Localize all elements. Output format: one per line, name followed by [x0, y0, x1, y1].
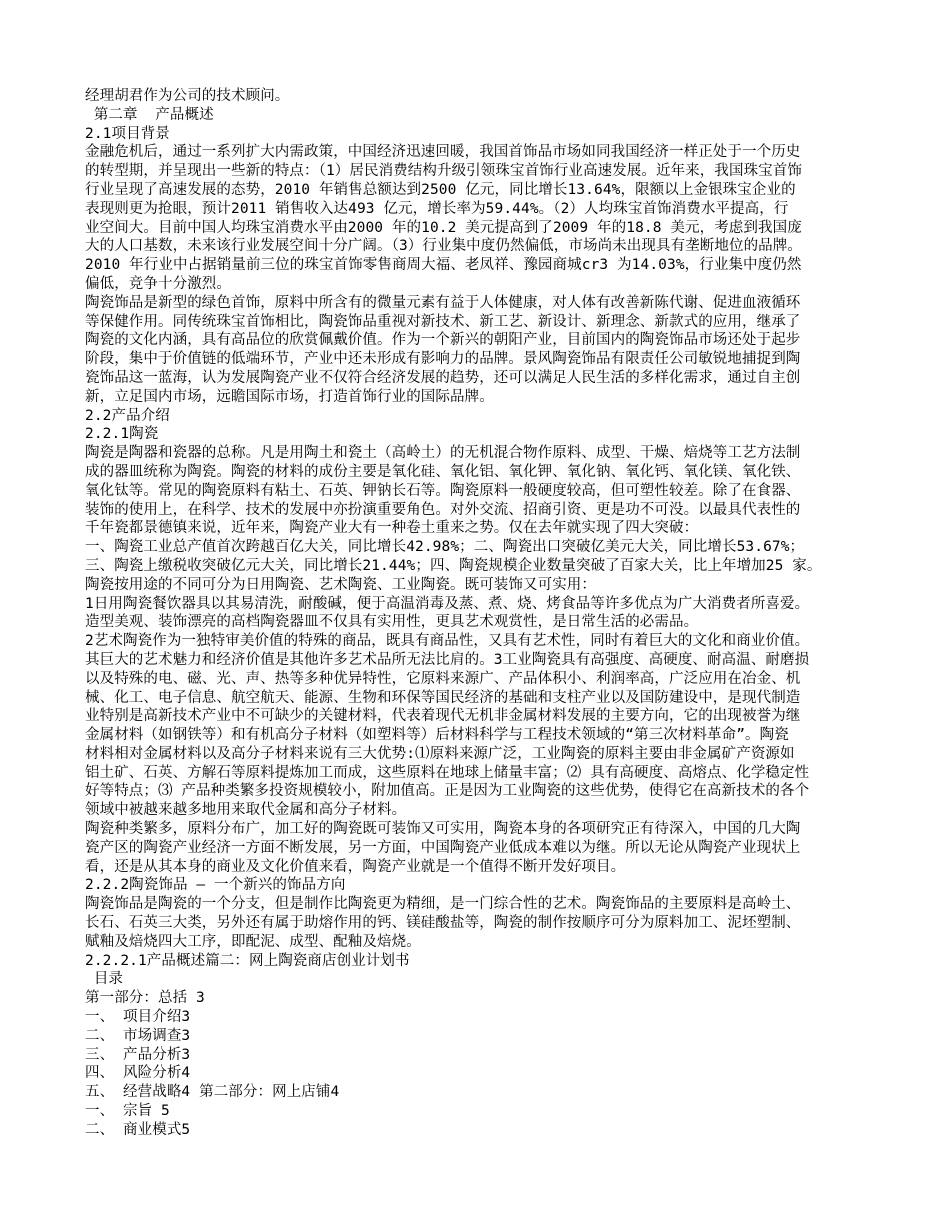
text-line: 陶瓷按用途的不同可分为日用陶瓷、艺术陶瓷、工业陶瓷。既可装饰又可实用：: [85, 576, 885, 595]
text-line: 四、 风险分析4: [85, 1064, 885, 1083]
text-line: 目录: [85, 970, 885, 989]
text-line: 经理胡君作为公司的技术顾问。: [85, 87, 885, 106]
text-line: 一、陶瓷工业总产值首次跨越百亿大关，同比增长42.98%；二、陶瓷出口突破亿美元…: [85, 538, 885, 557]
text-line: 的转型期，并呈现出一些新的特点：（1）居民消费结构升级引领珠宝首饰行业高速发展。…: [85, 162, 885, 181]
text-line: 以及特殊的电、磁、光、声、热等多种优异特性，它原料来源广、产品体积小、利润率高，…: [85, 670, 885, 689]
text-line: 阶段，集中于价值链的低端环节，产业中还未形成有影响力的品牌。景风陶瓷饰品有限责任…: [85, 350, 885, 369]
text-line: 偏低，竞争十分激烈。: [85, 275, 885, 294]
text-line: 2.2.2.1产品概述篇二：网上陶瓷商店创业计划书: [85, 952, 885, 971]
text-line: 二、 商业模式5: [85, 1121, 885, 1140]
text-line: 装饰的使用上，在科学、技术的发展中亦扮演重要角色。对外交流、招商引资、更是功不可…: [85, 501, 885, 520]
text-line: 成的器皿统称为陶瓷。陶瓷的材料的成份主要是氧化硅、氧化铝、氧化钾、氧化钠、氧化钙…: [85, 463, 885, 482]
text-line: 2.2产品介绍: [85, 407, 885, 426]
text-line: 业特别是高新技术产业中不可缺少的关键材料，代表着现代无机非金属材料发展的主要方向…: [85, 707, 885, 726]
text-line: 氧化钛等。常见的陶瓷原料有粘土、石英、钾钠长石等。陶瓷原料一般硬度较高，但可塑性…: [85, 482, 885, 501]
document-body: 经理胡君作为公司的技术顾问。 第二章 产品概述2.1项目背景金融危机后，通过一系…: [85, 87, 885, 1140]
text-line: 金属材料（如钢铁等）和有机高分子材料（如塑料等）后材料科学与工程技术领域的“第三…: [85, 726, 885, 745]
text-line: 2艺术陶瓷作为一独特审美价值的特殊的商品，既具有商品性，又具有艺术性，同时有着巨…: [85, 632, 885, 651]
text-line: 械、化工、电子信息、航空航天、能源、生物和环保等国民经济的基础和支柱产业以及国防…: [85, 689, 885, 708]
text-line: 一、 宗旨 5: [85, 1102, 885, 1121]
text-line: 二、 市场调查3: [85, 1027, 885, 1046]
text-line: 金融危机后，通过一系列扩大内需政策，中国经济迅速回暖，我国首饰品市场如同我国经济…: [85, 143, 885, 162]
text-line: 等保健作用。同传统珠宝首饰相比，陶瓷饰品重视对新技术、新工艺、新设计、新理念、新…: [85, 313, 885, 332]
text-line: 五、 经营战略4 第二部分：网上店铺4: [85, 1083, 885, 1102]
text-line: 陶瓷是陶器和瓷器的总称。凡是用陶土和瓷土（高岭土）的无机混合物作原料、成型、干燥…: [85, 444, 885, 463]
text-line: 第二章 产品概述: [85, 106, 885, 125]
text-line: 三、 产品分析3: [85, 1046, 885, 1065]
text-line: 千年瓷都景德镇来说，近年来，陶瓷产业大有一种卷土重来之势。仅在去年就实现了四大突…: [85, 519, 885, 538]
text-line: 铝土矿、石英、方解石等原料提炼加工而成，这些原料在地球上储量丰富；⑵ 具有高硬度…: [85, 764, 885, 783]
text-line: 业空间大。目前中国人均珠宝消费水平由2000 年的10.2 美元提高到了2009…: [85, 219, 885, 238]
text-line: 2.2.1陶瓷: [85, 425, 885, 444]
text-line: 瓷产区的陶瓷产业经济一方面不断发展，另一方面，中国陶瓷产业低成本难以为继。所以无…: [85, 839, 885, 858]
text-line: 造型美观、装饰漂亮的高档陶瓷器皿不仅具有实用性，更具艺术观赏性，是日常生活的必需…: [85, 613, 885, 632]
text-line: 大的人口基数，未来该行业发展空间十分广阔。（3）行业集中度仍然偏低，市场尚未出现…: [85, 237, 885, 256]
text-line: 材料相对金属材料以及高分子材料来说有三大优势:⑴原料来源广泛，工业陶瓷的原料主要…: [85, 745, 885, 764]
text-line: 2.1项目背景: [85, 125, 885, 144]
text-line: 行业呈现了高速发展的态势，2010 年销售总额达到2500 亿元，同比增长13.…: [85, 181, 885, 200]
text-line: 陶瓷种类繁多，原料分布广，加工好的陶瓷既可装饰又可实用，陶瓷本身的各项研究正有待…: [85, 820, 885, 839]
text-line: 瓷饰品这一蓝海，认为发展陶瓷产业不仅符合经济发展的趋势，还可以满足人民生活的多样…: [85, 369, 885, 388]
text-line: 赋釉及焙烧四大工序，即配泥、成型、配釉及焙烧。: [85, 933, 885, 952]
text-line: 三、陶瓷上缴税收突破亿元大关，同比增长21.44%；四、陶瓷规模企业数量突破了百…: [85, 557, 885, 576]
text-line: 陶瓷的文化内涵，具有高品位的欣赏佩戴价值。作为一个新兴的朝阳产业，目前国内的陶瓷…: [85, 331, 885, 350]
text-line: 其巨大的艺术魅力和经济价值是其他许多艺术品所无法比肩的。3工业陶瓷具有高强度、高…: [85, 651, 885, 670]
text-line: 陶瓷饰品是陶瓷的一个分支，但是制作比陶瓷更为精细，是一门综合性的艺术。陶瓷饰品的…: [85, 895, 885, 914]
text-line: 一、 项目介绍3: [85, 1008, 885, 1027]
text-line: 第一部分：总括 3: [85, 989, 885, 1008]
text-line: 陶瓷饰品是新型的绿色首饰，原料中所含有的微量元素有益于人体健康，对人体有改善新陈…: [85, 294, 885, 313]
text-line: 看，还是从其本身的商业及文化价值来看，陶瓷产业就是一个值得不断开发好项目。: [85, 858, 885, 877]
text-line: 领域中被越来越多地用来取代金属和高分子材料。: [85, 801, 885, 820]
text-line: 表现则更为抢眼，预计2011 销售收入达493 亿元，增长率为59.44%。（2…: [85, 200, 885, 219]
text-line: 2010 年行业中占据销量前三位的珠宝首饰零售商周大福、老凤祥、豫园商城cr3 …: [85, 256, 885, 275]
text-line: 2.2.2陶瓷饰品 — 一个新兴的饰品方向: [85, 876, 885, 895]
text-line: 新，立足国内市场，远瞻国际市场，打造首饰行业的国际品牌。: [85, 388, 885, 407]
document-page: 经理胡君作为公司的技术顾问。 第二章 产品概述2.1项目背景金融危机后，通过一系…: [0, 0, 950, 1230]
text-line: 好等特点；⑶ 产品种类繁多投资规模较小，附加值高。正是因为工业陶瓷的这些优势，使…: [85, 782, 885, 801]
text-line: 长石、石英三大类，另外还有属于助熔作用的钙、镁硅酸盐等，陶瓷的制作按顺序可分为原…: [85, 914, 885, 933]
text-line: 1日用陶瓷餐饮器具以其易清洗，耐酸碱，便于高温消毒及蒸、煮、烧、烤食品等许多优点…: [85, 595, 885, 614]
